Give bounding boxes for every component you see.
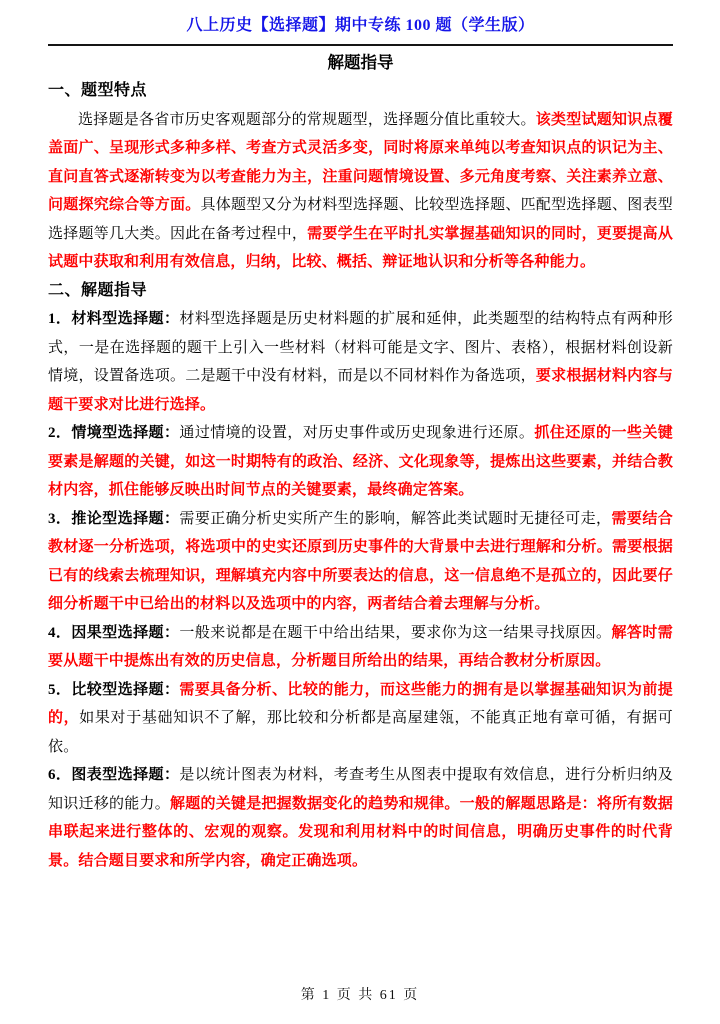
text-segment-black: 需要正确分析史实所产生的影响，解答此类试题时无捷径可走，: [179, 511, 611, 527]
text-segment-black: 如果对于基础知识不了解，那比较和分析都是高屋建瓴，不能真正地有章可循，有据可依。: [48, 710, 673, 755]
section-heading-question-features: 一、题型特点: [48, 77, 673, 106]
text-segment-bold: 1．材料型选择题：: [48, 311, 179, 327]
header-divider: [48, 44, 673, 46]
text-segment-black: 一般来说都是在题干中给出结果，要求你为这一结果寻找原因。: [179, 625, 611, 641]
guide-item-causal-type: 4．因果型选择题：一般来说都是在题干中给出结果，要求你为这一结果寻找原因。解答时…: [48, 619, 673, 676]
text-segment-bold: 6．图表型选择题：: [48, 767, 179, 783]
text-segment-bold: 2．情境型选择题：: [48, 425, 179, 441]
text-segment-black: 通过情境的设置，对历史事件或历史现象进行还原。: [179, 425, 534, 441]
guide-item-material-type: 1．材料型选择题：材料型选择题是历史材料题的扩展和延伸，此类题型的结构特点有两种…: [48, 305, 673, 419]
document-page: 八上历史【选择题】期中专练 100 题（学生版） 解题指导 一、题型特点 选择题…: [0, 0, 720, 1024]
guide-item-inference-type: 3．推论型选择题：需要正确分析史实所产生的影响，解答此类试题时无捷径可走，需要结…: [48, 505, 673, 619]
guide-item-situation-type: 2．情境型选择题：通过情境的设置，对历史事件或历史现象进行还原。抓住还原的一些关…: [48, 419, 673, 505]
question-features-paragraph: 选择题是各省市历史客观题部分的常规题型，选择题分值比重较大。该类型试题知识点覆盖…: [48, 106, 673, 277]
text-segment-bold: 3．推论型选择题：: [48, 511, 179, 527]
text-segment-bold: 5．比较型选择题：: [48, 682, 179, 698]
guide-item-comparison-type: 5．比较型选择题：需要具备分析、比较的能力，而这些能力的拥有是以掌握基础知识为前…: [48, 676, 673, 762]
section-heading-solving-guide: 二、解题指导: [48, 277, 673, 306]
text-segment-bold: 4．因果型选择题：: [48, 625, 179, 641]
text-segment-black: 选择题是各省市历史客观题部分的常规题型，选择题分值比重较大。: [78, 112, 536, 128]
document-header-title: 八上历史【选择题】期中专练 100 题（学生版）: [48, 14, 673, 38]
guide-item-chart-type: 6．图表型选择题：是以统计图表为材料，考查考生从图表中提取有效信息，进行分析归纳…: [48, 761, 673, 875]
page-title: 解题指导: [48, 48, 673, 77]
page-number: 第 1 页 共 61 页: [0, 984, 720, 1004]
